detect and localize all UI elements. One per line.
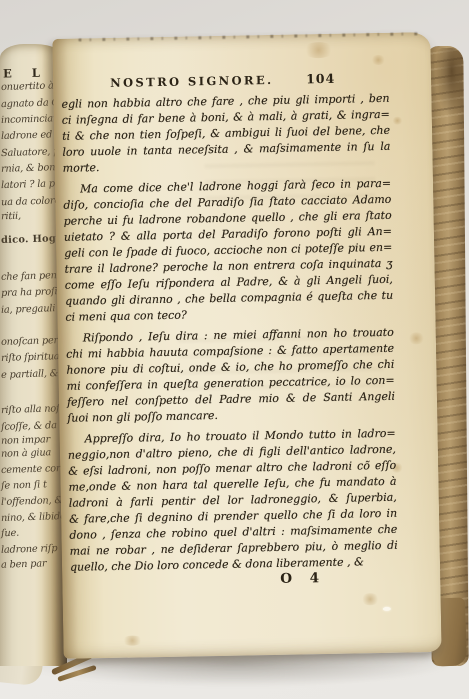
- verso-text-fragment: ſcoſſe, & da: [1, 421, 57, 433]
- verso-text-fragment: nino, & libido: [1, 512, 66, 524]
- verso-text-fragment: e partiall, &: [1, 369, 59, 381]
- verso-text-fragment: onoſcan per: [1, 336, 58, 348]
- running-header: NOSTRO SIGNORE.: [110, 73, 274, 90]
- signature-mark: O 4: [280, 570, 319, 587]
- verso-text-fragment: ritii,: [1, 212, 21, 223]
- verso-text-fragment: non impar: [1, 435, 50, 447]
- verso-text-fragment: riſto ſpiritual: [1, 352, 63, 364]
- recto-page: NOSTRO SIGNORE. 104 egli non habbia altr…: [52, 32, 441, 659]
- foxing-spot: [408, 332, 425, 344]
- foxing-spot: [361, 593, 380, 605]
- foxing-spot: [302, 42, 334, 59]
- paragraph: Appreſſo dira, Io ho trouato il Mondo tu…: [68, 426, 399, 576]
- verso-text-fragment: ſue.: [1, 529, 19, 540]
- verso-text-fragment: pra ha proſili: [1, 287, 64, 299]
- foxing-spot: [371, 55, 386, 65]
- paragraph: Ma come dice che'l ladrone hoggi ſarà ſe…: [63, 176, 394, 326]
- paragraph: Riſpondo , Ieſu dira : ne miei affanni n…: [66, 325, 396, 427]
- verso-text-fragment: che fan peni: [1, 271, 60, 283]
- verso-text-fragment: non à giua: [1, 448, 51, 460]
- book-photo: E L onuertito à deagnato da Chriincominc…: [0, 0, 469, 699]
- verso-running-header: E L: [3, 66, 48, 81]
- page-top-edge-speckle: [79, 32, 419, 41]
- verso-text-fragment: cemente corr: [1, 464, 65, 476]
- page-number: 104: [306, 71, 335, 87]
- foxing-spot: [392, 117, 403, 125]
- verso-text-fragment: riſto alla noſtra: [1, 404, 67, 416]
- paper-nick: [383, 607, 391, 611]
- verso-text-fragment: ladrone riſp: [1, 544, 58, 556]
- foxing-spot: [121, 635, 143, 645]
- verso-text-fragment: l'offendon, &: [1, 496, 63, 508]
- verso-text-fragment: ia, pregauli: [1, 304, 56, 316]
- page-text: egli non habbia altro che fare , che piu…: [61, 91, 398, 581]
- verso-text-fragment: a ben par: [1, 559, 47, 570]
- verso-text-fragment: ſe non ſi t: [1, 480, 47, 491]
- paragraph: egli non habbia altro che fare , che piu…: [61, 91, 390, 177]
- verso-text-fragment: rnia, & bon: [1, 163, 56, 175]
